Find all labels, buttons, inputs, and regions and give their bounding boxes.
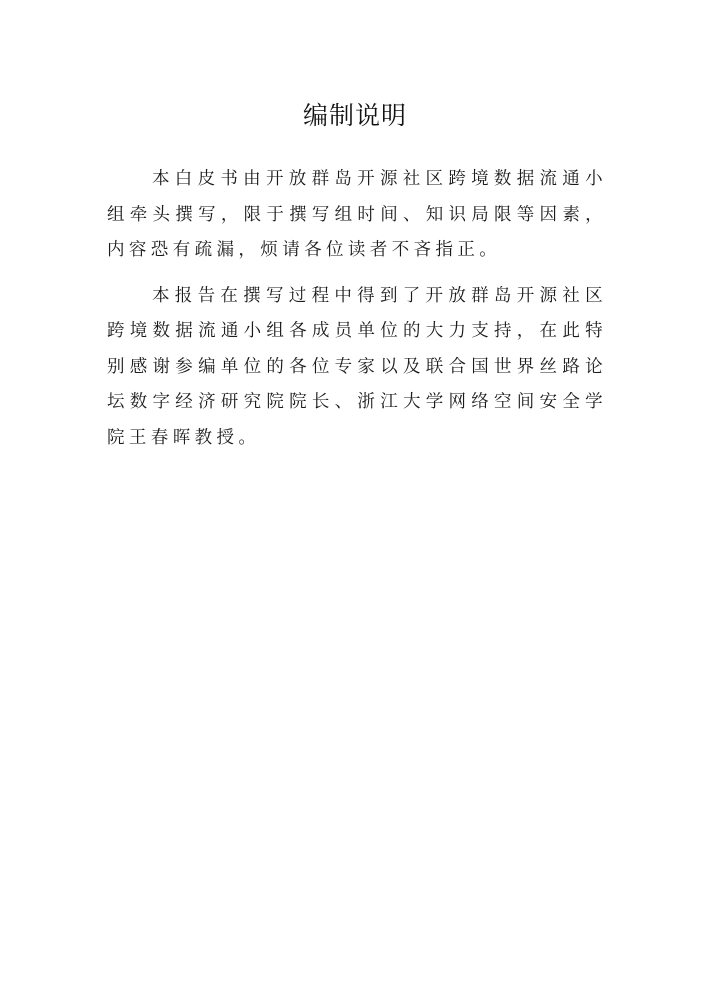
page-title: 编制说明 (0, 98, 710, 134)
paragraph-acknowledgement: 本报告在撰写过程中得到了开放群岛开源社区跨境数据流通小组各成员单位的大力支持，在… (107, 279, 607, 457)
paragraph-disclaimer: 本白皮书由开放群岛开源社区跨境数据流通小组牵头撰写，限于撰写组时间、知识局限等因… (107, 162, 607, 269)
document-page: 编制说明 本白皮书由开放群岛开源社区跨境数据流通小组牵头撰写，限于撰写组时间、知… (0, 0, 710, 1004)
document-body: 本白皮书由开放群岛开源社区跨境数据流通小组牵头撰写，限于撰写组时间、知识局限等因… (107, 162, 607, 466)
